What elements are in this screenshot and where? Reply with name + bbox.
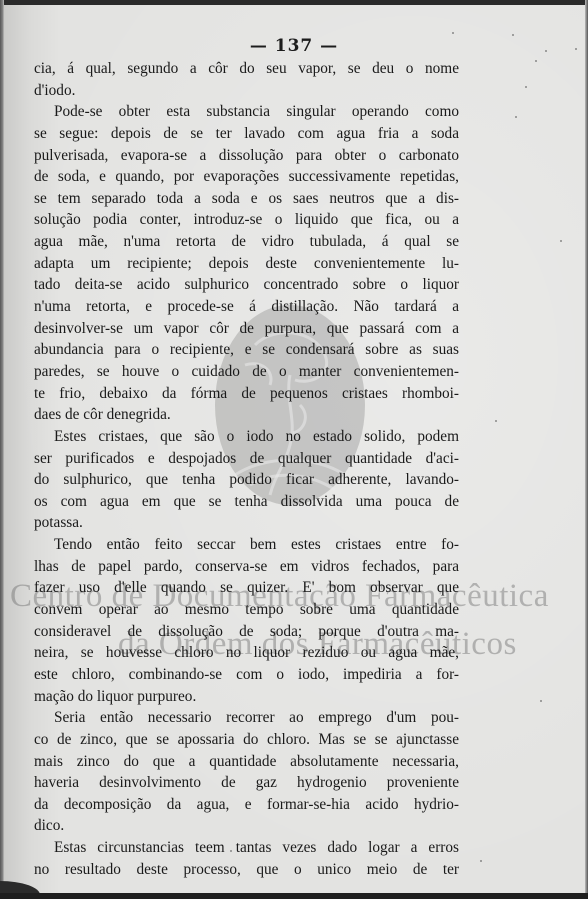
text-line: da decomposição da agua, e formar-se-hia…: [34, 794, 459, 816]
text-line: se tem separado toda a soda e os saes ne…: [34, 188, 459, 210]
paragraph-start-line: Pode-se obter esta substancia singular o…: [34, 101, 459, 123]
text-line: adapta um recipiente; depois deste conve…: [34, 253, 459, 275]
paper-speck: [540, 700, 542, 702]
text-line: fazer uso d'elle quando se quizer. E' bo…: [34, 577, 459, 599]
text-line: convem operar ao mesmo tempo sobre uma q…: [34, 599, 459, 621]
text-line: te frio, debaixo da fórma de pequenos cr…: [34, 383, 459, 405]
text-line: cia, á qual, segundo a côr do seu vapor,…: [34, 58, 459, 80]
text-line: de soda, e quando, por evaporações succe…: [34, 166, 459, 188]
text-line: desinvolver-se um vapor côr de purpura, …: [34, 318, 459, 340]
paper-speck: [525, 86, 527, 88]
paragraph-start-line: Seria então necessario recorrer ao empre…: [34, 707, 459, 729]
text-line: mação do liquor purpureo.: [34, 686, 459, 708]
text-line: se segue: depois de se ter lavado com ag…: [34, 123, 459, 145]
paper-speck: [560, 240, 562, 242]
text-line: d'iodo.: [34, 80, 459, 102]
paper-speck: [535, 60, 537, 62]
text-line: mais zinco do que a quantidade absolutam…: [34, 751, 459, 773]
text-line: potassa.: [34, 512, 459, 534]
text-line: tado deita-se acido sulphurico concentra…: [34, 274, 459, 296]
body-text: cia, á qual, segundo a côr do seu vapor,…: [34, 58, 459, 880]
text-line: no resultado deste processo, que o unico…: [34, 859, 459, 881]
page-binding-edge: [0, 0, 4, 899]
text-line: paredes, se houve o cuidado de o manter …: [34, 361, 459, 383]
page-top-edge: [0, 0, 588, 5]
page-number: — 137 —: [0, 36, 588, 56]
text-line: co de zinco, que se apossaria do chloro.…: [34, 729, 459, 751]
text-line: dico.: [34, 815, 459, 837]
text-line: do sulphurico, que tenha podido ficar ad…: [34, 469, 459, 491]
paper-speck: [515, 116, 517, 118]
text-line: neira, se houvesse chloro no liquor rezi…: [34, 642, 459, 664]
paragraph-start-line: Estes cristaes, que são o iodo no estado…: [34, 426, 459, 448]
text-line: agua mãe, n'uma retorta de vidro tubulad…: [34, 231, 459, 253]
text-line: ser purificados e despojados de qualquer…: [34, 448, 459, 470]
text-line: lhas de papel pardo, conserva-se em vidr…: [34, 556, 459, 578]
text-line: haveria desinvolvimento de gaz hydrogeni…: [34, 772, 459, 794]
text-line: daes de côr denegrida.: [34, 404, 459, 426]
paper-speck: [452, 32, 454, 34]
paragraph-start-line: Estas circunstancias teem tantas vezes d…: [34, 837, 459, 859]
paragraph-start-line: Tendo então feito seccar bem estes crist…: [34, 534, 459, 556]
paper-speck: [495, 420, 497, 422]
text-line: abundancia para o recipiente, e se conde…: [34, 339, 459, 361]
paper-speck: [480, 860, 482, 862]
text-line: solução podia conter, introduz-se o liqu…: [34, 209, 459, 231]
text-line: este chloro, combinando-se com o iodo, i…: [34, 664, 459, 686]
text-line: os com agua em que se tenha dissolvida u…: [34, 491, 459, 513]
text-line: n'uma retorta, e procede-se á distillaçã…: [34, 296, 459, 318]
text-line: consideravel de dissolução de soda; porq…: [34, 621, 459, 643]
scanned-book-page: Centro de Documentação Farmacêutica da O…: [0, 0, 588, 899]
page-bottom-edge: [0, 893, 588, 899]
text-line: pulverisada, evapora-se a dissolução par…: [34, 145, 459, 167]
